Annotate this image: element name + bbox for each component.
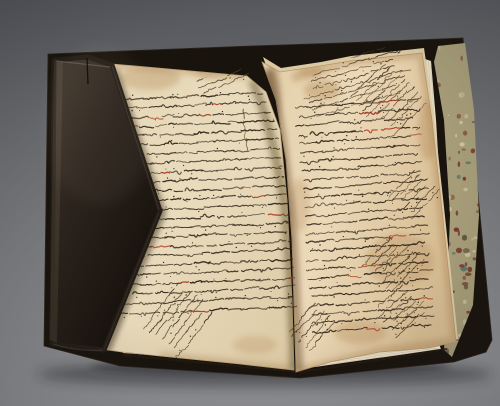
manuscript-photo xyxy=(0,0,500,406)
vignette xyxy=(0,0,500,406)
photo-canvas xyxy=(0,0,500,406)
